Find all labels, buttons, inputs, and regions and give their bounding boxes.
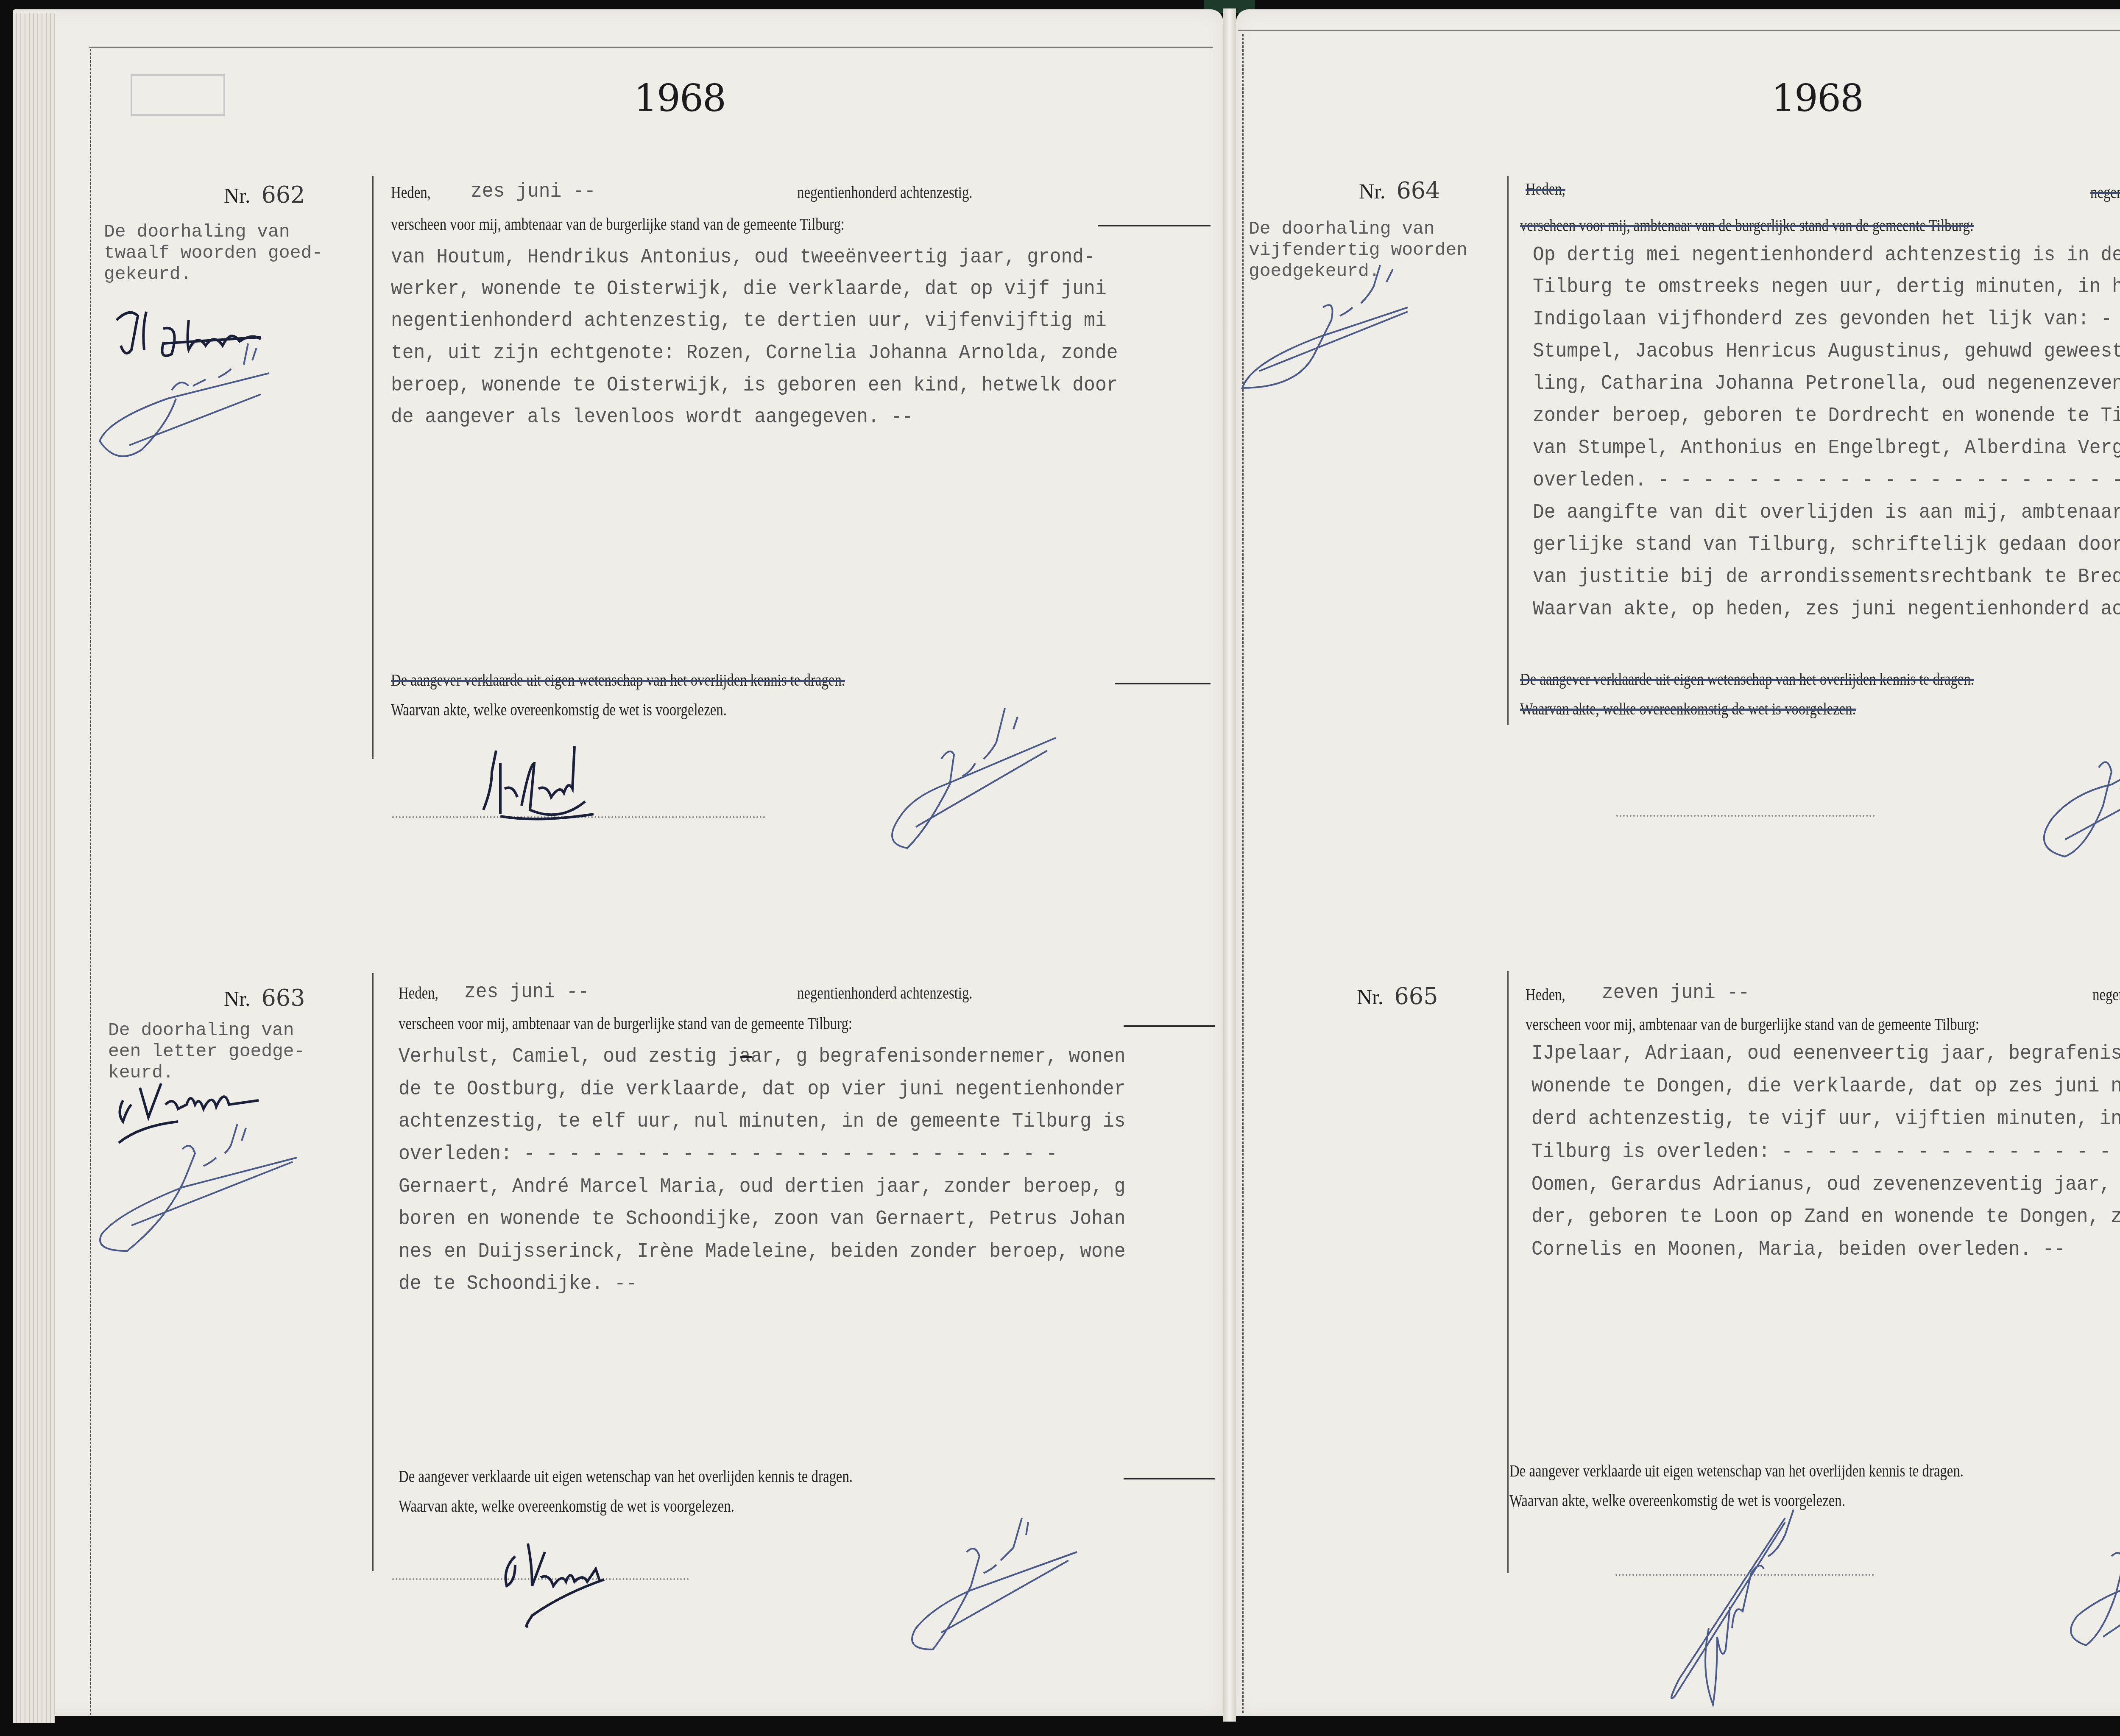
record-662-signature-official <box>844 700 1073 859</box>
record-663-number: Nr.663 <box>224 985 305 1011</box>
record-662-body-line: de aangever als levenloos wordt aangegev… <box>391 406 913 429</box>
right-frame-top-rule <box>1238 30 2120 31</box>
record-663-declaration-rule <box>1124 1478 1215 1479</box>
record-665-body-line: Cornelis en Moonen, Maria, beiden overle… <box>1531 1238 2065 1261</box>
record-663-body-line: boren en wonende te Schoondijke, zoon va… <box>399 1208 1125 1231</box>
record-662-margin-signature-official <box>91 339 278 469</box>
record-663-margin-note: De doorhaling van een letter goedge- keu… <box>108 1020 305 1083</box>
record-663-signature-declarant <box>498 1539 676 1635</box>
record-664-body-line: Tilburg te omstreeks negen uur, dertig m… <box>1533 276 2120 299</box>
record-663-margin-signature-official <box>85 1115 305 1257</box>
left-page-edges <box>13 13 55 1723</box>
left-page-year: 1968 <box>634 76 725 120</box>
record-664-body-line: Stumpel, Jacobus Henricus Augustinus, ge… <box>1533 340 2120 363</box>
record-663-body-line: de te Oostburg, die verklaarde, dat op v… <box>399 1078 1125 1101</box>
record-662-body-line: werker, wonende te Oisterwijk, die verkl… <box>391 278 1107 301</box>
record-663-body-line: overleden: - - - - - - - - - - - - - - -… <box>399 1143 1057 1166</box>
record-665-number: Nr.665 <box>1357 983 1438 1010</box>
record-664-number: Nr.664 <box>1359 177 1440 204</box>
record-665-body-line: Tilburg is overleden: - - - - - - - - - … <box>1531 1141 2120 1164</box>
record-663-body-line: nes en Duijsserinck, Irène Madeleine, be… <box>399 1240 1125 1263</box>
record-664-body-line: zonder beroep, geboren te Dordrecht en w… <box>1533 405 2120 427</box>
record-662-number: Nr.662 <box>224 181 305 208</box>
record-664-signature-official <box>1993 708 2120 863</box>
record-662-declaration: De aangever verklaarde uit eigen wetensc… <box>391 670 845 690</box>
record-663-body-line: Verhulst, Camiel, oud zestig jaar, g beg… <box>399 1045 1125 1068</box>
record-662-year-text: negentienhonderd achtenzestig. <box>797 182 972 202</box>
record-664-body-line: ling, Catharina Johanna Petronella, oud … <box>1533 372 2120 395</box>
record-664-margin-signature-official <box>1234 261 1437 399</box>
record-665-date: zeven juni -- <box>1602 982 1749 1005</box>
record-664-signature-line <box>1616 815 1875 817</box>
record-662-date: zes juni -- <box>471 180 596 203</box>
record-662-margin-note: De doorhaling van twaalf woorden goed- g… <box>104 221 323 285</box>
record-663-appeared-text: verscheen voor mij, ambtenaar van de bur… <box>399 1013 852 1033</box>
record-662-signature-declarant <box>475 738 611 825</box>
record-662-column-divider <box>372 176 374 759</box>
record-663-appeared-rule <box>1124 1025 1215 1027</box>
record-664-closing: Waarvan akte, welke overeenkomstig de we… <box>1520 699 1856 719</box>
record-664-body-line: Op dertig mei negentienhonderd achtenzes… <box>1533 244 2120 267</box>
record-664-year-text: negentienhonderd achtenzestig. <box>2090 182 2120 202</box>
left-pencil-box <box>131 74 225 116</box>
record-664-declaration: De aangever verklaarde uit eigen wetensc… <box>1520 669 1974 689</box>
record-662-appeared-text: verscheen voor mij, ambtenaar van de bur… <box>391 214 845 234</box>
record-663-body-line: de te Schoondijke. -- <box>399 1273 637 1295</box>
record-665-signature-declarant <box>1624 1510 1802 1711</box>
record-664-column-divider <box>1507 176 1509 725</box>
record-664-appeared-text: verscheen voor mij, ambtenaar van de bur… <box>1520 215 1974 235</box>
record-663-closing: Waarvan akte, welke overeenkomstig de we… <box>399 1496 734 1516</box>
record-665-body-line: IJpelaar, Adriaan, oud eenenveertig jaar… <box>1531 1042 2120 1065</box>
record-663-body-line: achtenzestig, te elf uur, nul minuten, i… <box>399 1110 1125 1133</box>
record-665-signature-official <box>2018 1510 2120 1664</box>
record-665-declaration: De aangever verklaarde uit eigen wetensc… <box>1509 1461 1964 1481</box>
left-perforation-line <box>90 49 91 1715</box>
record-665-appeared-text: verscheen voor mij, ambtenaar van de bur… <box>1526 1014 1979 1034</box>
record-664-heden-label: Heden, <box>1526 179 1565 199</box>
record-664-body-line: Indigolaan vijfhonderd zes gevonden het … <box>1533 308 2120 331</box>
record-664-body-line: overleden. - - - - - - - - - - - - - - -… <box>1533 469 2120 492</box>
record-665-column-divider <box>1507 971 1509 1573</box>
record-664-body-line: van Stumpel, Anthonius en Engelbregt, Al… <box>1533 437 2120 460</box>
record-665-closing: Waarvan akte, welke overeenkomstig de we… <box>1509 1490 1845 1510</box>
record-662-body-line: ten, uit zijn echtgenote: Rozen, Corneli… <box>391 342 1118 365</box>
record-665-body-line: der, geboren te Loon op Zand en wonende … <box>1531 1206 2120 1228</box>
record-663-heden-label: Heden, <box>399 983 438 1003</box>
record-663-year-text: negentienhonderd achtenzestig. <box>797 983 972 1003</box>
record-664-body-line: De aangifte van dit overlijden is aan mi… <box>1533 501 2120 524</box>
record-662-body-line: van Houtum, Hendrikus Antonius, oud twee… <box>391 246 1095 269</box>
record-663-signature-official <box>856 1505 1085 1660</box>
record-665-body-line: wonende te Dongen, die verklaarde, dat o… <box>1531 1075 2120 1098</box>
record-662-body-line: beroep, wonende te Oisterwijk, is gebore… <box>391 374 1118 397</box>
record-665-body-line: derd achtenzestig, te vijf uur, vijftien… <box>1531 1108 2120 1130</box>
record-662-declaration-rule <box>1115 683 1211 684</box>
record-662-heden-label: Heden, <box>391 182 431 202</box>
record-662-closing: Waarvan akte, welke overeenkomstig de we… <box>391 700 727 720</box>
record-665-year-text: negentienhonderd achtenzestig. <box>2092 985 2120 1005</box>
record-663-body-line: Gernaert, André Marcel Maria, oud dertie… <box>399 1175 1125 1198</box>
record-663-column-divider <box>372 973 374 1571</box>
record-665-heden-label: Heden, <box>1526 985 1565 1005</box>
record-664-body-line: gerlijke stand van Tilburg, schriftelijk… <box>1533 533 2120 556</box>
record-664-body-line: Waarvan akte, op heden, zes juni negenti… <box>1533 598 2120 621</box>
record-663-date: zes juni -- <box>464 981 589 1004</box>
record-664-body-line: van justitie bij de arrondissementsrecht… <box>1533 566 2120 589</box>
record-665-body-line: Oomen, Gerardus Adrianus, oud zevenenzev… <box>1531 1173 2120 1196</box>
record-662-appeared-rule <box>1098 225 1211 226</box>
record-663-declaration: De aangever verklaarde uit eigen wetensc… <box>399 1466 853 1486</box>
left-frame-top-rule <box>89 47 1213 48</box>
record-662-body-line: negentienhonderd achtenzestig, te dertie… <box>391 310 1107 332</box>
record-663-struck-letter-mark <box>740 1056 752 1058</box>
right-page-year: 1968 <box>1771 76 1863 120</box>
